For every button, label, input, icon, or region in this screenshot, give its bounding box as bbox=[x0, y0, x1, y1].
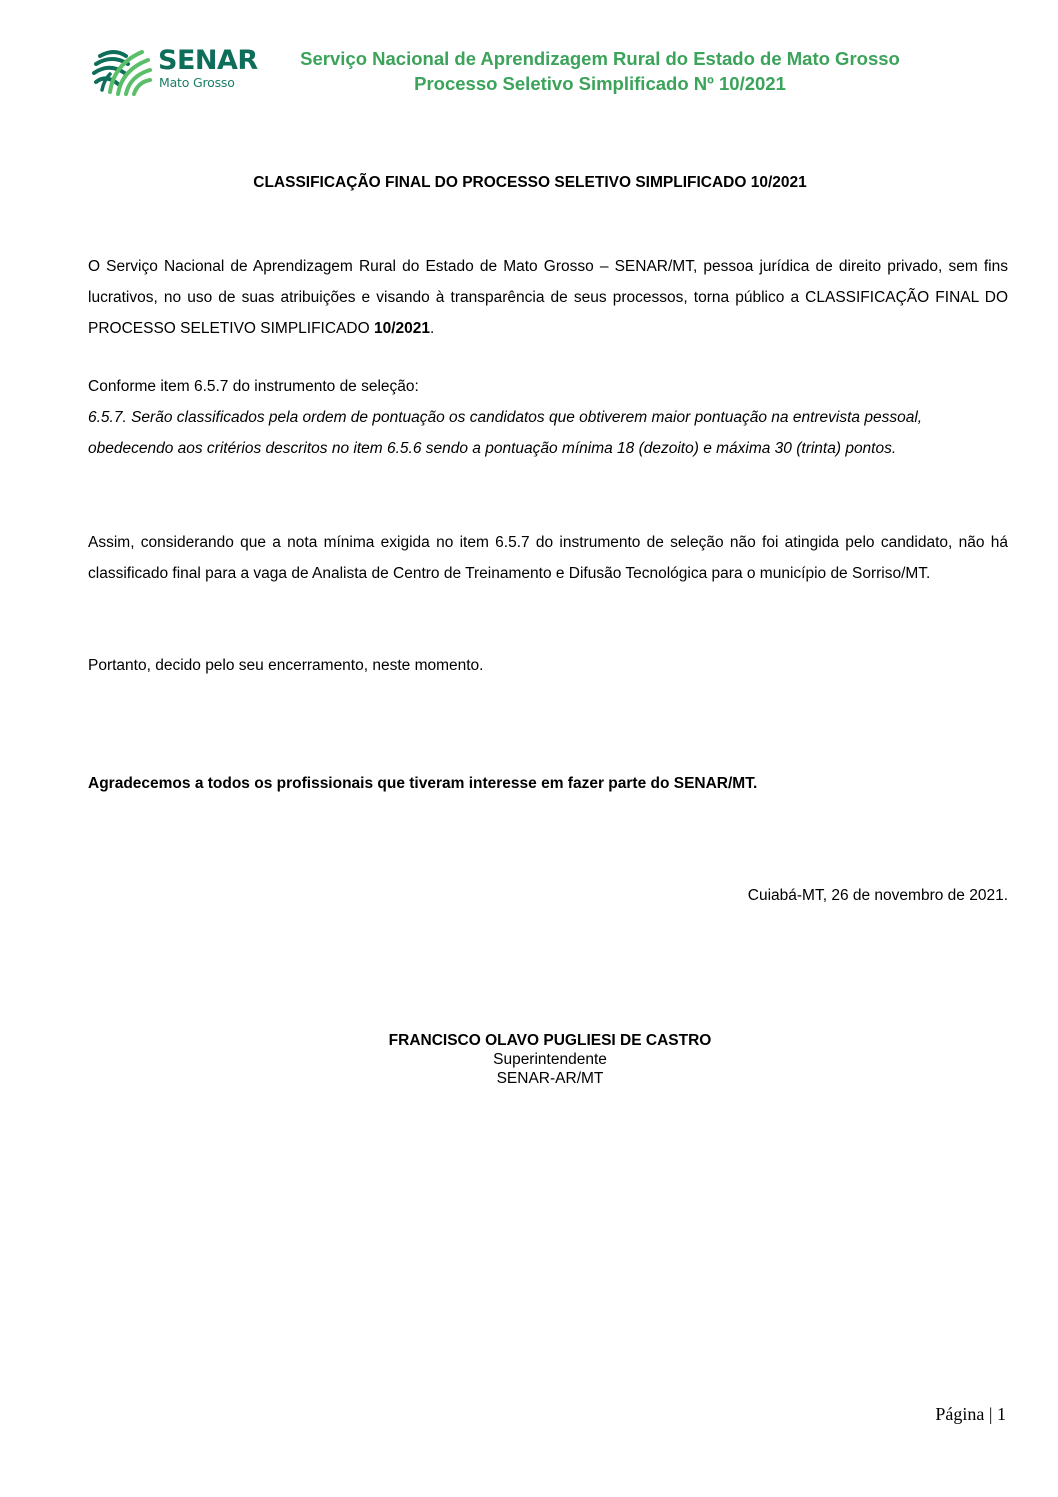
signatory-role: Superintendente bbox=[200, 1050, 900, 1069]
paragraph-closing: Portanto, decido pelo seu encerramento, … bbox=[88, 650, 1008, 681]
paragraph-result: Assim, considerando que a nota mínima ex… bbox=[88, 527, 1008, 589]
header-title-line2: Processo Seletivo Simplificado Nº 10/202… bbox=[270, 71, 930, 96]
paragraph-intro: O Serviço Nacional de Aprendizagem Rural… bbox=[88, 251, 1008, 344]
header-title: Serviço Nacional de Aprendizagem Rural d… bbox=[270, 46, 930, 96]
criteria-quote: 6.5.7. Serão classificados pela ordem de… bbox=[88, 402, 978, 464]
document-page: SENAR Mato Grosso Serviço Nacional de Ap… bbox=[0, 0, 1058, 1497]
document-heading: CLASSIFICAÇÃO FINAL DO PROCESSO SELETIVO… bbox=[60, 174, 1000, 192]
paragraph-criteria: Conforme item 6.5.7 do instrumento de se… bbox=[88, 371, 1008, 464]
paragraph-intro-text: O Serviço Nacional de Aprendizagem Rural… bbox=[88, 258, 1008, 337]
page-number: Página | 1 bbox=[935, 1404, 1006, 1425]
signatory-name: FRANCISCO OLAVO PUGLIESI DE CASTRO bbox=[200, 1031, 900, 1050]
signature-block: FRANCISCO OLAVO PUGLIESI DE CASTRO Super… bbox=[200, 1031, 900, 1088]
paragraph-intro-end: . bbox=[430, 320, 434, 337]
senar-logo: SENAR Mato Grosso bbox=[92, 44, 267, 96]
senar-leaf-logo-icon bbox=[92, 44, 154, 96]
criteria-intro: Conforme item 6.5.7 do instrumento de se… bbox=[88, 371, 1008, 402]
document-date: Cuiabá-MT, 26 de novembro de 2021. bbox=[748, 887, 1008, 905]
signatory-org: SENAR-AR/MT bbox=[200, 1069, 900, 1088]
header-title-line1: Serviço Nacional de Aprendizagem Rural d… bbox=[270, 46, 930, 71]
process-number: 10/2021 bbox=[374, 320, 430, 337]
logo-wordmark: SENAR bbox=[158, 46, 258, 76]
logo-subtitle: Mato Grosso bbox=[159, 76, 235, 90]
thanks-note: Agradecemos a todos os profissionais que… bbox=[88, 775, 757, 793]
